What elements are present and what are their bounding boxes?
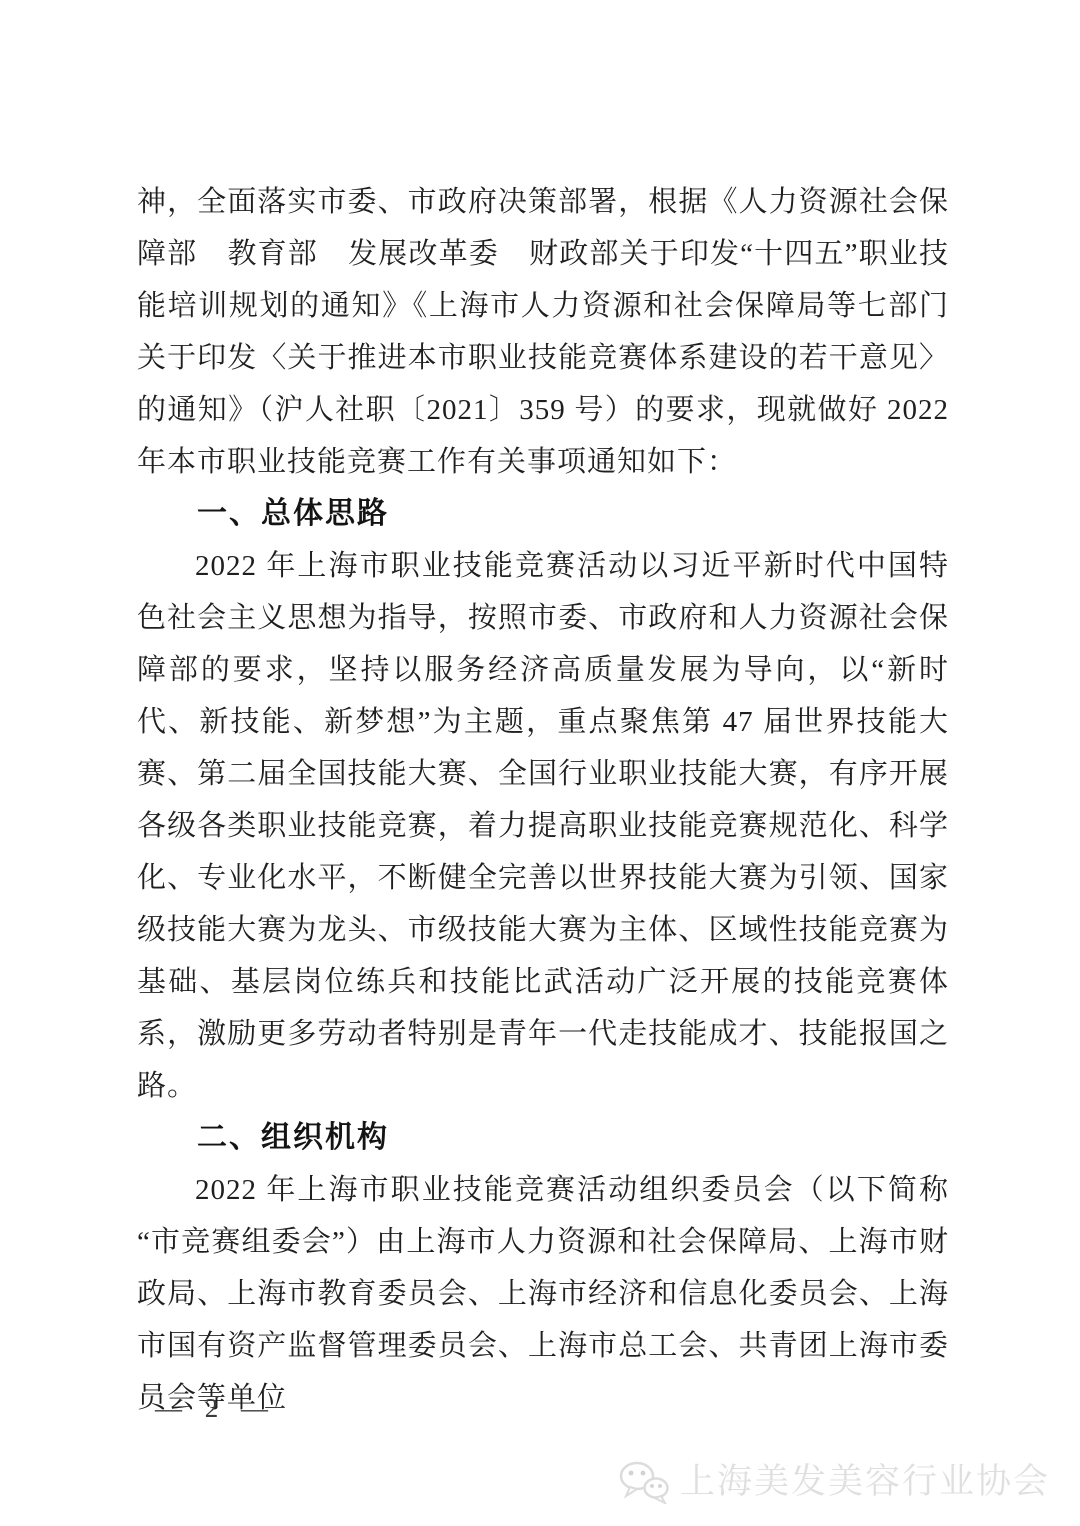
section-body-organization: 2022 年上海市职业技能竞赛活动组织委员会（以下简称“市竞赛组委会”）由上海市… — [137, 1164, 949, 1424]
document-body: 神，全面落实市委、市政府决策部署，根据《人力资源社会保障部 教育部 发展改革委 … — [137, 176, 949, 1424]
section-heading-overall-approach: 一、总体思路 — [137, 488, 949, 540]
section-body-overall-approach: 2022 年上海市职业技能竞赛活动以习近平新时代中国特色社会主义思想为指导，按照… — [137, 540, 949, 1112]
paragraph-continuation: 神，全面落实市委、市政府决策部署，根据《人力资源社会保障部 教育部 发展改革委 … — [137, 176, 949, 488]
document-page: 神，全面落实市委、市政府决策部署，根据《人力资源社会保障部 教育部 发展改革委 … — [0, 0, 1080, 1526]
wechat-icon — [618, 1460, 670, 1504]
watermark-text: 上海美发美容行业协会 — [680, 1460, 1050, 1504]
page-number: — 2 — — [155, 1388, 276, 1428]
section-heading-organization: 二、组织机构 — [137, 1112, 949, 1164]
watermark: 上海美发美容行业协会 — [618, 1460, 1050, 1504]
